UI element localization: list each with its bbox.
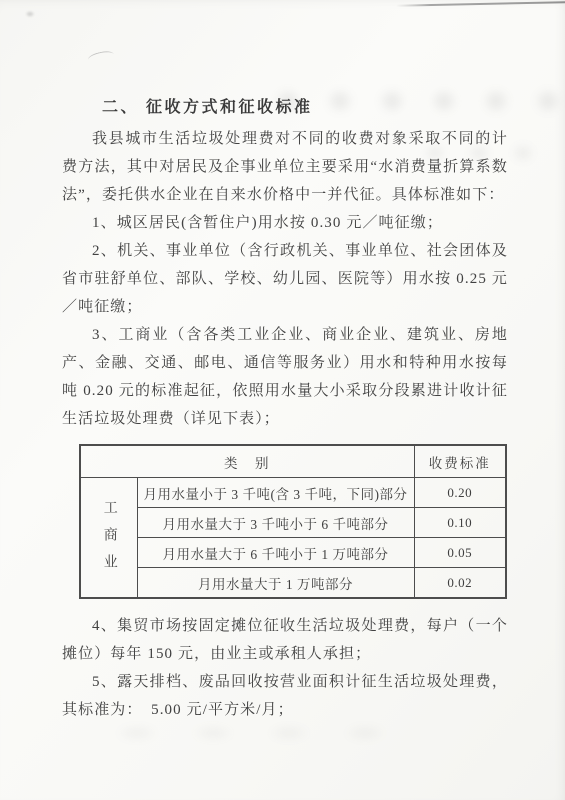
category-cell: 月用水量大于 3 千吨小于 6 千吨部分 — [137, 508, 414, 538]
pen-squiggle-mark — [87, 49, 115, 65]
numbered-item-2: 2、机关、事业单位（含行政机关、事业单位、社会团体及省市驻舒单位、部队、学校、幼… — [62, 237, 508, 321]
table-row: 工商业 月用水量小于 3 千吨(含 3 千吨，下同)部分 0.20 — [80, 478, 506, 508]
category-cell: 月用水量大于 6 千吨小于 1 万吨部分 — [137, 538, 414, 568]
fee-cell: 0.02 — [414, 568, 506, 599]
table-header-row: 类 别 收费标准 — [80, 445, 506, 478]
fee-cell: 0.10 — [414, 508, 506, 538]
section-heading: 二、 征收方式和征收标准 — [62, 94, 508, 122]
numbered-item-3: 3、工商业（含各类工业企业、商业企业、建筑业、房地产、金融、交通、邮电、通信等服… — [62, 321, 508, 433]
table-header-fee: 收费标准 — [414, 445, 506, 478]
fee-cell: 0.05 — [414, 538, 506, 568]
fee-table: 类 别 收费标准 工商业 月用水量小于 3 千吨(含 3 千吨，下同)部分 0.… — [79, 444, 507, 599]
numbered-item-4: 4、集贸市场按固定摊位征收生活垃圾处理费，每户（一个摊位）每年 150 元，由业… — [62, 612, 508, 668]
table-row: 月用水量大于 3 千吨小于 6 千吨部分 0.10 — [80, 508, 506, 538]
numbered-item-1: 1、城区居民(含暂住户)用水按 0.30 元／吨征缴； — [62, 209, 508, 237]
scan-edge-line-artifact — [396, 1, 565, 7]
fee-cell: 0.20 — [414, 478, 506, 508]
table-row: 月用水量大于 1 万吨部分 0.02 — [80, 568, 506, 599]
category-cell: 月用水量大于 1 万吨部分 — [137, 568, 414, 599]
rowgroup-cell: 工商业 — [80, 478, 137, 599]
document-content: 二、 征收方式和征收标准 我县城市生活垃圾处理费对不同的收费对象采取不同的计费方… — [62, 94, 508, 724]
numbered-item-5: 5、露天排档、废品回收按营业面积计征生活垃圾处理费，其标准为： 5.00 元/平… — [62, 668, 508, 724]
scanned-document-page: 二、 征收方式和征收标准 我县城市生活垃圾处理费对不同的收费对象采取不同的计费方… — [0, 0, 565, 800]
bleedthrough-ghost-text-bottom — [110, 722, 392, 744]
category-cell: 月用水量小于 3 千吨(含 3 千吨，下同)部分 — [137, 478, 414, 508]
table-row: 月用水量大于 6 千吨小于 1 万吨部分 0.05 — [80, 538, 506, 568]
scan-corner-smudge — [24, 10, 36, 18]
table-header-category: 类 别 — [80, 445, 414, 478]
intro-paragraph: 我县城市生活垃圾处理费对不同的收费对象采取不同的计费方法，其中对居民及企事业单位… — [62, 125, 508, 209]
rowgroup-label: 工商业 — [99, 494, 119, 581]
